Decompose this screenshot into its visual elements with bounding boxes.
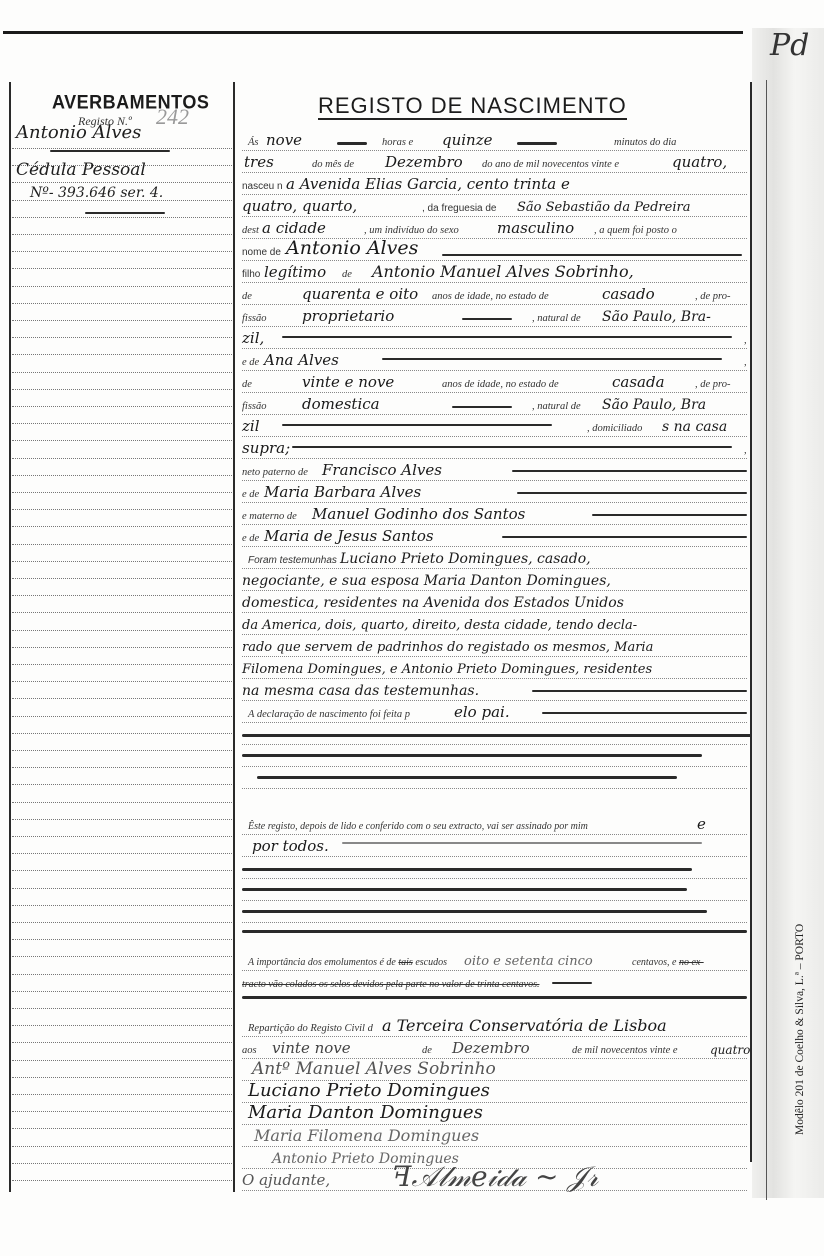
office-value: a Terceira Conservatória de Lisboa [382,1016,667,1035]
averbamento-ruled-line [12,853,232,854]
blank-line [242,722,747,745]
underline-stroke [50,150,170,152]
field-value-address-cont: quatro, quarto, [242,197,357,215]
form-row-sex: dest a cidade , um indivíduo do sexo mas… [242,216,747,239]
field-label: Ás [248,137,259,148]
office-line: Repartição do Registo Civil d a Terceira… [242,1014,747,1037]
signature-clerk-label: O ajudante, [242,1171,330,1189]
field-label: do ano de mil novecentos vinte e [482,159,619,170]
reading-value: e [697,815,706,833]
field-label: filho [242,269,260,280]
witnesses-line-5: rado que servem de padrinhos do registad… [242,634,747,657]
date-value-year: quatro [710,1043,750,1057]
field-value-mother-name: Ana Alves [264,351,339,369]
field-value-domicile-cont: supra; [242,439,290,457]
averbamento-ruled-line [12,956,232,957]
averbamento-ruled-line [12,888,232,889]
reading-label: Êste registo, depois de lido e conferido… [248,821,588,832]
field-value-mother-status: casada [612,373,665,391]
averbamento-ruled-line [12,819,232,820]
field-label: neto paterno de [242,467,308,478]
averbamento-ruled-line [12,320,232,321]
form-row-parish: quatro, quarto, , da freguesia de São Se… [242,194,747,217]
signature-witness-2: Maria Danton Domingues [248,1102,483,1123]
witnesses-line-3: domestica, residentes na Avenida dos Est… [242,590,747,613]
field-value-day: tres [244,153,274,171]
signature-father: Antº Manuel Alves Sobrinho [252,1059,496,1079]
struck-text: no ex- [679,957,704,968]
averbamento-note-3: Nº- 393.646 ser. 4. [30,185,163,201]
field-value-father-status: casado [602,285,655,303]
fees-label: A importância dos emolumentos é de tais … [248,957,447,968]
averbamento-ruled-line [12,440,232,441]
blank-line [242,922,747,944]
averbamento-ruled-line [12,905,232,906]
field-value-domicile: s na casa [662,419,727,435]
witnesses-line-4: da America, dois, quarto, direito, desta… [242,612,747,635]
averbamento-ruled-line [12,836,232,837]
averbamento-ruled-line [12,337,232,338]
field-value-father-name: Antonio Manuel Alves Sobrinho, [372,262,634,281]
form-row-paternal-grandfather: neto paterno de Francisco Alves [242,458,747,481]
date-label: aos [242,1045,257,1056]
field-value-maternal-grandmother: Maria de Jesus Santos [264,527,434,545]
averbamento-ruled-line [12,870,232,871]
field-value-mother-age: vinte e nove [302,373,394,391]
averbamento-ruled-line [12,612,232,613]
averbamento-ruled-line [12,681,232,682]
witnesses-line-2: negociante, e sua esposa Maria Danton Do… [242,568,747,591]
form-row-date: tres do mês de Dezembro do ano de mil no… [242,150,747,173]
fees-value: oito e setenta cinco [464,954,593,969]
page-binding-edge [752,28,824,1198]
witnesses-label: Foram testemunhas [248,555,337,566]
printer-imprint: Modêlo 201 de Coelho & Silva, L.ª – PORT… [794,924,806,1135]
office-label: Repartição do Registo Civil d [248,1023,373,1034]
form-row-time: Ás nove horas e quinze minutos do dia [242,128,747,151]
field-value-sex: masculino [497,219,574,237]
field-value-father-birthplace-cont: zil, [242,329,264,347]
form-row-maternal-grandfather: e materno de Manuel Godinho dos Santos [242,502,747,525]
blank-line [242,744,747,767]
field-value-child-name: Antonio Alves [286,237,418,259]
signature-witness-1: Luciano Prieto Domingues [248,1080,490,1101]
field-value-maternal-grandfather: Manuel Godinho dos Santos [312,505,525,523]
form-row-maternal-grandmother: e de Maria de Jesus Santos [242,524,747,547]
field-label: , um indivíduo do sexo [364,225,459,236]
right-frame-line [750,82,752,1162]
fees-label-cont: centavos, e no ex- [632,957,704,968]
averbamento-ruled-line [12,1094,232,1095]
field-label: de [342,269,352,280]
averbamento-ruled-line [12,647,232,648]
form-row-paternal-grandmother: e de Maria Barbara Alves [242,480,747,503]
witnesses-line-7: na mesma casa das testemunhas. [242,678,747,701]
averbamento-ruled-line [12,234,232,235]
field-value-paternal-grandmother: Maria Barbara Alves [264,483,421,501]
field-label: de [242,291,252,302]
field-value-paternal-grandfather: Francisco Alves [322,461,442,479]
witnesses-text: negociante, e sua esposa Maria Danton Do… [242,573,611,589]
field-label: de [242,379,252,390]
field-label: e materno de [242,511,297,522]
witnesses-text: rado que servem de padrinhos do registad… [242,640,653,655]
clerk-signature-flourish: ꟻ𝒜𝓁𝓂𝑒𝒾𝒹𝒶 ~ 𝒥𝓇 [392,1160,598,1194]
witnesses-text: da America, dois, quarto, direito, desta… [242,618,637,633]
field-value-legitimacy: legítimo [264,263,326,281]
field-label: e de [242,357,259,368]
witnesses-text: Filomena Domingues, e Antonio Prieto Dom… [242,662,652,677]
averbamento-ruled-line [12,1042,232,1043]
column-divider-line [233,82,235,1192]
averbamento-ruled-line [12,1180,232,1181]
field-value-year: quatro, [672,153,727,171]
date-label: de mil novecentos vinte e [572,1045,678,1056]
field-value-address: a Avenida Elias Garcia, cento trinta e [286,175,570,193]
declaration-value: elo pai. [454,703,510,721]
averbamento-ruled-line [12,578,232,579]
field-label: , [744,357,747,368]
averbamento-ruled-line [12,1060,232,1061]
form-row-domicile-cont: supra; , [242,436,747,459]
blank-line [242,766,747,789]
averbamento-ruled-line [12,1077,232,1078]
field-value-mother-birthplace: São Paulo, Bra [602,397,706,413]
form-row-mother: e de Ana Alves , [242,348,747,371]
field-value-parish: São Sebastião da Pedreira [517,200,690,215]
field-label: anos de idade, no estado de [432,291,549,302]
averbamento-note-2: Cédula Pessoal [16,160,146,180]
field-value-father-age: quarenta e oito [302,285,418,303]
averbamento-ruled-line [12,372,232,373]
averbamento-ruled-line [12,561,232,562]
averbamento-ruled-line [12,664,232,665]
averbamento-ruled-line [12,767,232,768]
averbamento-ruled-line [12,1008,232,1009]
signature-line: Antº Manuel Alves Sobrinho [242,1058,747,1081]
form-row-mother-age: de vinte e nove anos de idade, no estado… [242,370,747,393]
field-label: nome de [242,247,281,258]
averbamento-ruled-line [12,509,232,510]
reading-value-2: por todos. [252,837,329,855]
registo-nascimento-form: REGISTO DE NASCIMENTO Ás nove horas e qu… [236,82,750,1192]
averbamento-ruled-line [12,802,232,803]
reading-line-2: por todos. [242,834,747,857]
averbamento-ruled-line [12,750,232,751]
form-row-father-birthplace-cont: zil, , [242,326,747,349]
form-row-father: filho legítimo de Antonio Manuel Alves S… [242,260,747,283]
averbamento-ruled-line [12,182,232,183]
field-label: do mês de [312,159,354,170]
averbamento-ruled-line [12,595,232,596]
date-value-month: Dezembro [452,1039,530,1057]
field-label: nasceu n [242,181,283,192]
field-label: , da freguesia de [422,203,497,214]
averbamento-ruled-line [12,1025,232,1026]
witnesses-text: na mesma casa das testemunhas. [242,683,479,699]
field-label: horas e [382,137,413,148]
averbamento-ruled-line [12,406,232,407]
averbamentos-column: AVERBAMENTOS Registo N.º 242 Antonio Alv… [10,82,232,1192]
averbamento-ruled-line [12,458,232,459]
averbamento-ruled-line [12,939,232,940]
field-value-hour: nove [266,131,302,149]
field-value-mother-birthplace-cont: zil [242,417,260,435]
reading-line: Êste registo, depois de lido e conferido… [242,812,747,835]
averbamento-ruled-line [12,268,232,269]
averbamento-ruled-line [12,784,232,785]
averbamento-ruled-line [12,1111,232,1112]
field-value-father-birthplace: São Paulo, Bra- [602,309,711,325]
form-row-father-age: de quarenta e oito anos de idade, no est… [242,282,747,305]
field-value-father-profession: proprietario [302,307,394,325]
field-label: anos de idade, no estado de [442,379,559,390]
registo-number-value: 242 [156,104,189,130]
averbamento-ruled-line [12,303,232,304]
averbamento-ruled-line [12,354,232,355]
field-value-minutes: quinze [442,131,493,149]
averbamento-ruled-line [12,423,232,424]
averbamento-ruled-line [12,217,232,218]
averbamento-ruled-line [12,698,232,699]
fees-line: A importância dos emolumentos é de tais … [242,948,747,971]
averbamento-ruled-line [12,974,232,975]
form-title: REGISTO DE NASCIMENTO [318,94,627,120]
witnesses-text: Luciano Prieto Domingues, casado, [340,551,591,567]
field-label: e de [242,533,259,544]
signature-line: Maria Filomena Domingues [242,1124,747,1147]
date-line: aos vinte nove de Dezembro de mil novece… [242,1036,747,1059]
field-label: , domiciliado [587,423,642,434]
underline-stroke [85,212,165,214]
field-label: , [744,445,747,456]
averbamento-ruled-line [12,630,232,631]
averbamento-ruled-line [12,1146,232,1147]
form-row-father-profession: fissão proprietario , natural de São Pau… [242,304,747,327]
averbamento-ruled-line [12,991,232,992]
struck-text: tais [398,957,412,968]
averbamento-ruled-line [12,148,232,149]
field-value-mother-profession: domestica [302,395,380,413]
field-label: minutos do dia [614,137,676,148]
signature-line: Maria Danton Domingues [242,1102,747,1125]
field-label: , a quem foi posto o [594,225,677,236]
field-value-month: Dezembro [385,153,463,171]
averbamento-ruled-line [12,733,232,734]
form-row-birthplace: nasceu n a Avenida Elias Garcia, cento t… [242,172,747,195]
binding-line [766,80,767,1200]
averbamento-ruled-line [12,1163,232,1164]
blank-line [242,986,747,1008]
field-label: , de pro- [695,379,730,390]
date-value-day: vinte nove [272,1039,351,1057]
averbamento-note-1: Antonio Alves [16,122,141,143]
declaration-line: A declaração de nascimento foi feita p e… [242,700,747,723]
form-row-mother-profession: fissão domestica , natural de São Paulo,… [242,392,747,415]
field-label: , natural de [532,401,581,412]
witnesses-line-6: Filomena Domingues, e Antonio Prieto Dom… [242,656,747,679]
date-label: de [422,1045,432,1056]
averbamento-ruled-line [12,526,232,527]
averbamento-ruled-line [12,544,232,545]
averbamento-ruled-line [12,389,232,390]
margin-initials: Pd [770,28,809,63]
field-label: , natural de [532,313,581,324]
witnesses-text: domestica, residentes na Avenida dos Est… [242,595,624,611]
averbamento-ruled-line [12,475,232,476]
signature-line: O ajudante, ꟻ𝒜𝓁𝓂𝑒𝒾𝒹𝒶 ~ 𝒥𝓇 [242,1168,747,1191]
field-label: fissão [242,313,267,324]
signature-godmother: Maria Filomena Domingues [254,1126,479,1145]
signature-line: Luciano Prieto Domingues [242,1080,747,1103]
blank-line [242,878,747,901]
form-row-name: nome de Antonio Alves [242,238,747,261]
averbamento-ruled-line [12,1128,232,1129]
field-label: dest [242,225,259,236]
field-label: , de pro- [695,291,730,302]
field-label: e de [242,489,259,500]
averbamento-ruled-line [12,251,232,252]
averbamento-ruled-line [12,716,232,717]
averbamento-ruled-line [12,922,232,923]
blank-line [242,900,747,923]
form-row-domicile: zil , domiciliado s na casa [242,414,747,437]
blank-line [242,856,747,879]
field-label: , [744,335,747,346]
field-label: fissão [242,401,267,412]
declaration-label: A declaração de nascimento foi feita p [248,709,410,720]
witnesses-line-1: Foram testemunhas Luciano Prieto Domingu… [242,546,747,569]
averbamento-ruled-line [12,492,232,493]
averbamento-ruled-line [12,286,232,287]
top-border-line [3,31,743,34]
field-value-city: a cidade [262,219,326,237]
